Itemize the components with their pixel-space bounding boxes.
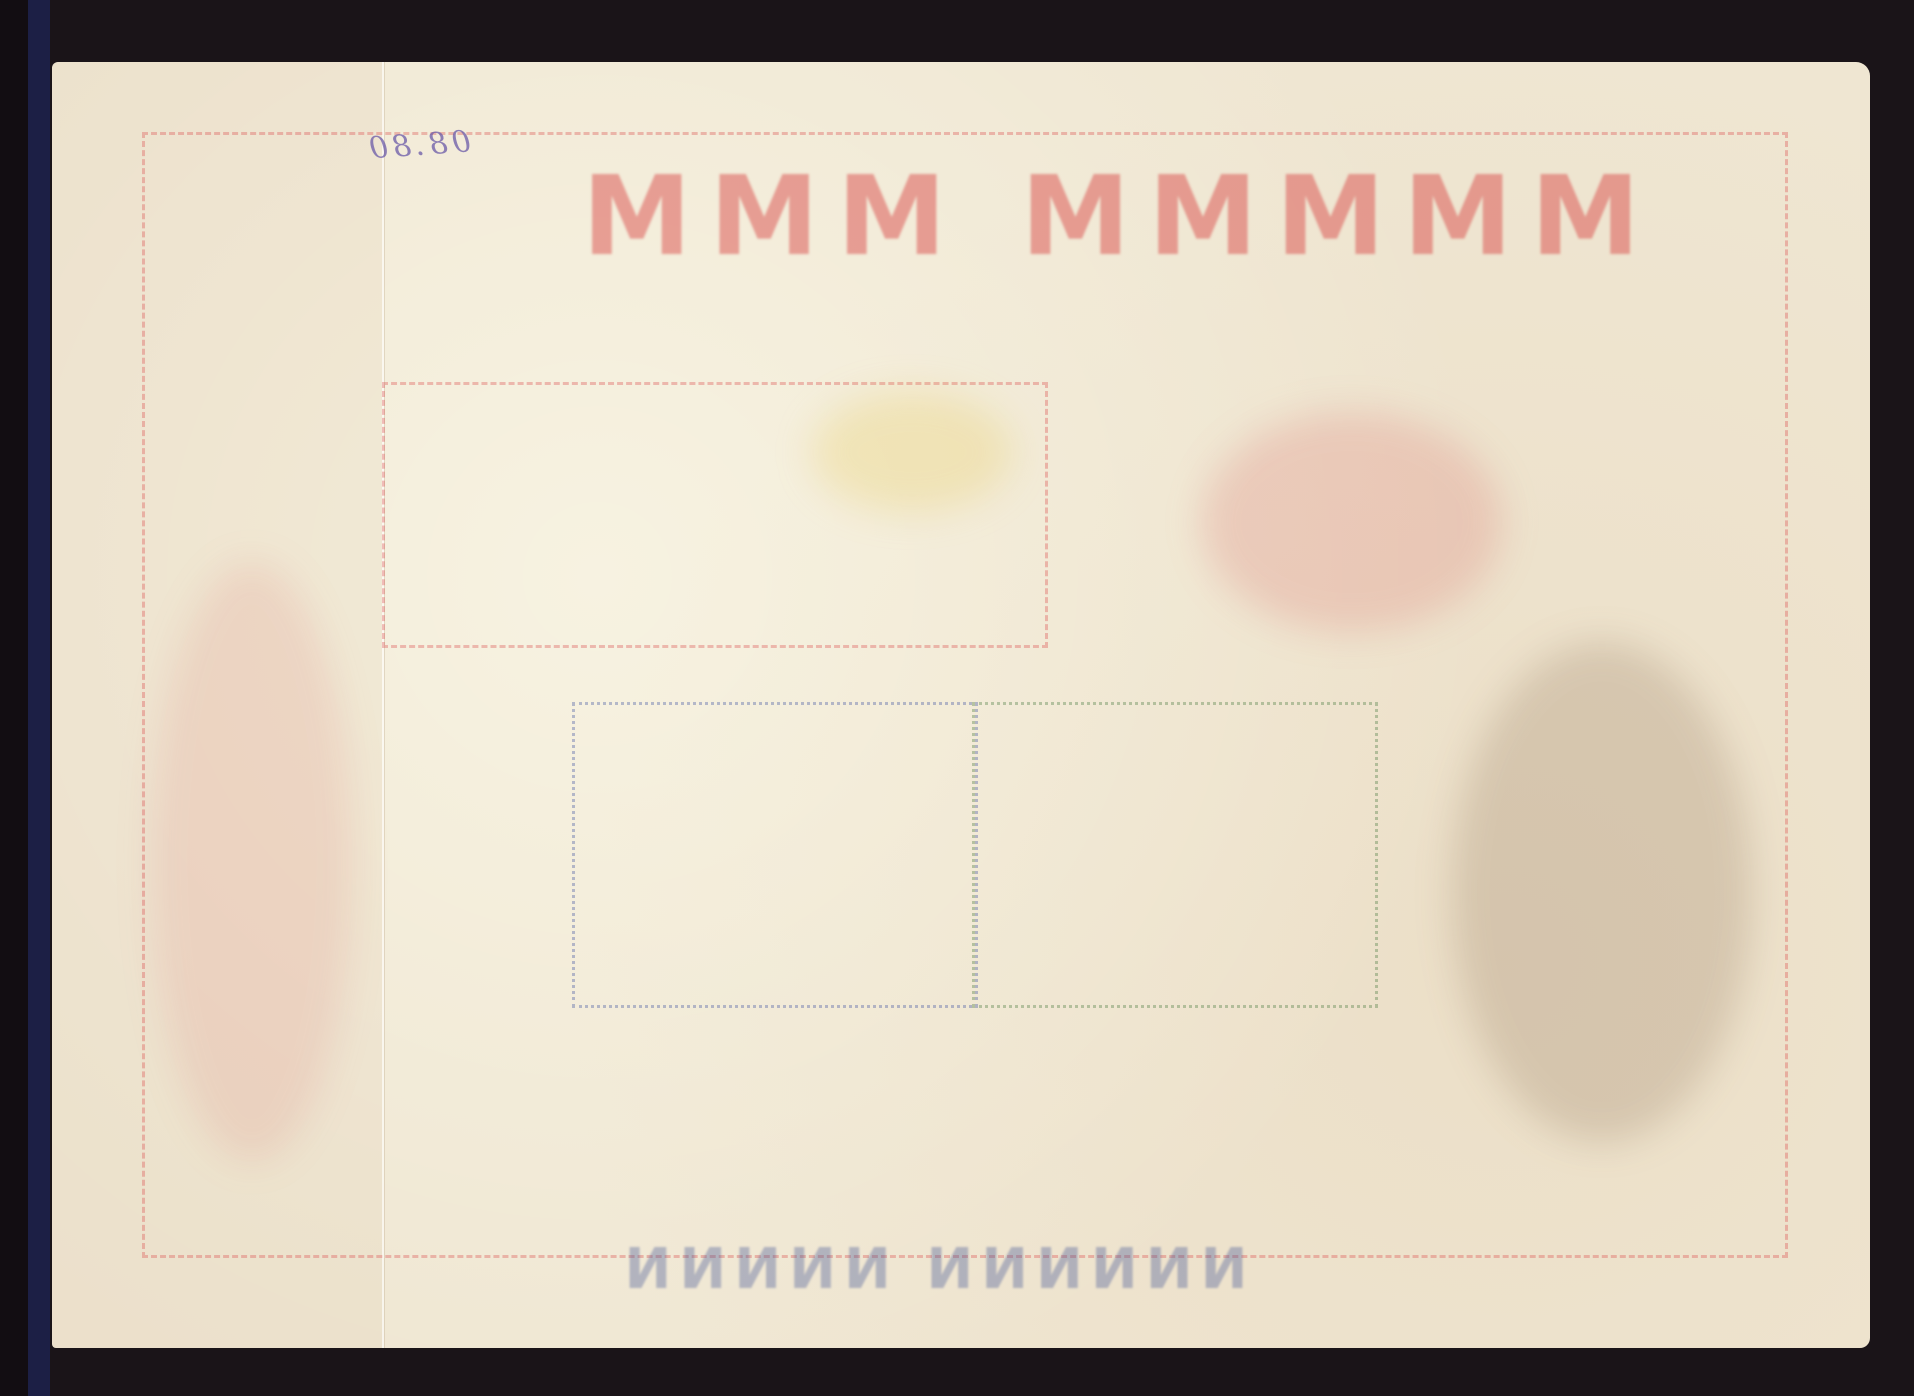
- bleed-red-patch: [1202, 412, 1502, 632]
- background-stripe-dark: [0, 0, 28, 1396]
- bleed-red-left: [152, 562, 352, 1162]
- bleed-yellow-patch: [812, 392, 1012, 512]
- pencil-note: 08.80: [364, 124, 472, 166]
- bleed-through-footer: ΝΝΝΝΝΝ ΝΝΝΝΝ: [592, 1237, 1272, 1302]
- bleed-stamp-green: [972, 702, 1378, 1008]
- bleed-brown-patch: [1452, 642, 1752, 1142]
- background-stripe-blue: [28, 0, 50, 1396]
- stamp-sheet-reverse: ΜΜΜΜΜ ΜΜΜ ΝΝΝΝΝΝ ΝΝΝΝΝ: [52, 62, 1870, 1348]
- bleed-stamp-blue: [572, 702, 978, 1008]
